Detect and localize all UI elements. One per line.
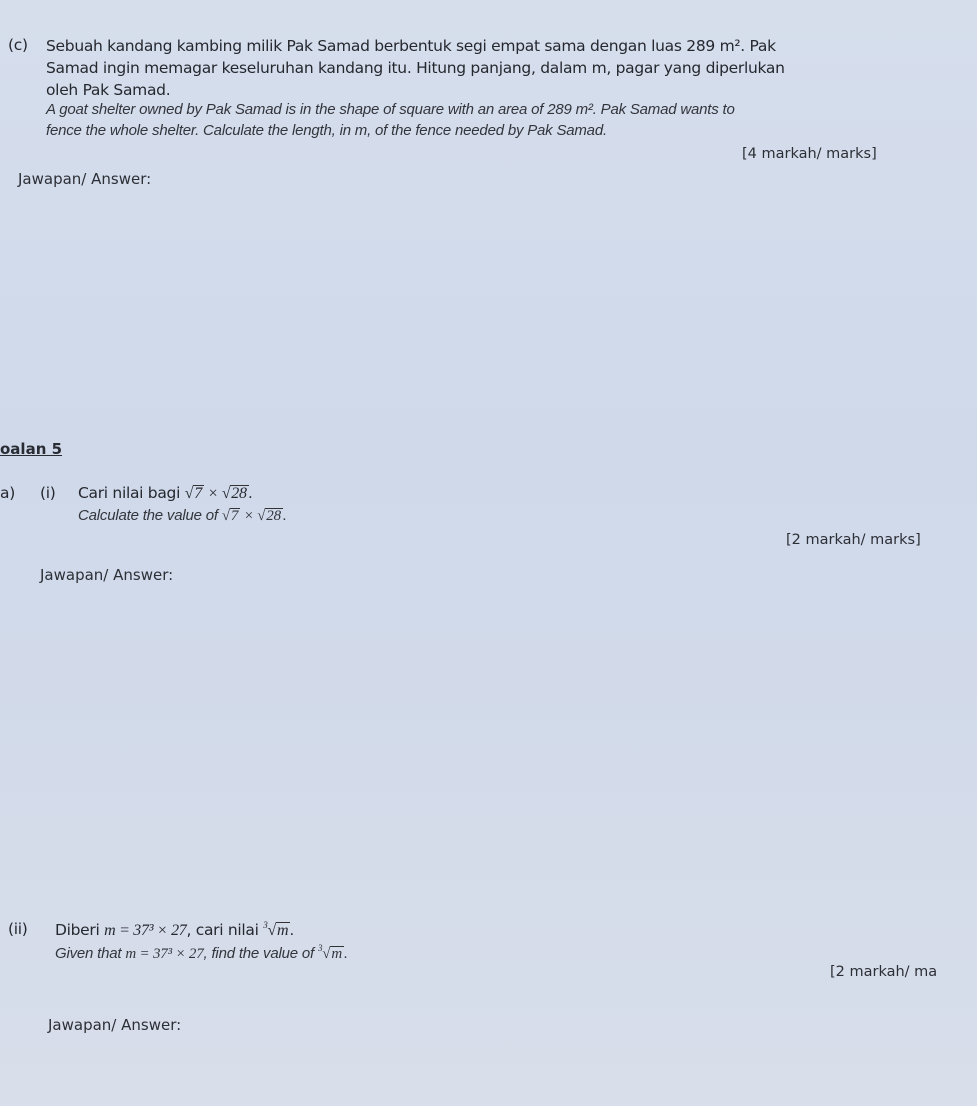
question-c-malay-line2: Samad ingin memagar keseluruhan kandang …: [46, 59, 785, 77]
question-c-malay-line3: oleh Pak Samad.: [46, 81, 170, 99]
radicand-2: 28: [265, 508, 283, 525]
sqrt-expression: √7 × √28.: [222, 508, 287, 524]
question-a-ii-label: (ii): [8, 920, 28, 938]
question-a-ii-answer-label: Jawapan/ Answer:: [48, 1016, 181, 1034]
equation: m = 37³ × 27: [104, 922, 186, 939]
question-a-ii-malay: Diberi m = 37³ × 27, cari nilai 3√m.: [55, 920, 294, 940]
question-c-malay-line1: Sebuah kandang kambing milik Pak Samad b…: [46, 37, 776, 55]
question-a-ii-malay-suffix: , cari nilai: [187, 921, 259, 939]
sqrt-icon: √: [322, 946, 330, 962]
sqrt-icon: √: [222, 508, 230, 524]
cube-root-expression: 3√m.: [318, 946, 348, 962]
question-a-ii-english: Given that m = 37³ × 27, find the value …: [55, 943, 348, 963]
question-a-ii-english-prefix: Given that: [55, 945, 121, 962]
question-a-i-malay-prefix: Cari nilai bagi: [78, 484, 180, 502]
radicand-2: 28: [230, 485, 248, 503]
section-title: oalan 5: [0, 440, 62, 458]
question-a-ii-english-suffix: , find the value of: [204, 945, 314, 962]
cube-root-expression: 3√m.: [263, 922, 294, 939]
question-a-ii-marks: [2 markah/ ma: [830, 964, 937, 980]
radicand-1: 7: [230, 508, 240, 525]
question-c-english-line1: A goat shelter owned by Pak Samad is in …: [46, 101, 735, 118]
sqrt-icon: √: [257, 508, 265, 524]
times-operator: ×: [208, 485, 219, 502]
question-c-marks: [4 markah/ marks]: [742, 146, 877, 162]
question-a-i-malay: Cari nilai bagi √7 × √28.: [78, 484, 252, 503]
question-a-i-english-prefix: Calculate the value of: [78, 507, 218, 524]
question-a-i-marks: [2 markah/ marks]: [786, 532, 921, 548]
question-a-i-answer-label: Jawapan/ Answer:: [40, 566, 173, 584]
equation: m = 37³ × 27: [125, 946, 203, 962]
times-operator: ×: [244, 508, 254, 524]
sqrt-icon: √: [222, 485, 230, 502]
question-a-label: a): [0, 484, 15, 502]
radicand-1: 7: [193, 485, 204, 503]
sqrt-icon: √: [267, 922, 275, 939]
question-a-i-label: (i): [40, 484, 56, 502]
question-c-english-line2: fence the whole shelter. Calculate the l…: [46, 122, 607, 139]
question-a-ii-malay-prefix: Diberi: [55, 921, 100, 939]
sqrt-icon: √: [185, 485, 193, 502]
question-c-label: (c): [8, 36, 28, 54]
radicand: m: [276, 922, 290, 940]
question-a-i-english: Calculate the value of √7 × √28.: [78, 507, 286, 525]
sqrt-expression: √7 × √28.: [185, 485, 253, 502]
radicand: m: [330, 946, 344, 963]
question-c-answer-label: Jawapan/ Answer:: [18, 170, 151, 188]
